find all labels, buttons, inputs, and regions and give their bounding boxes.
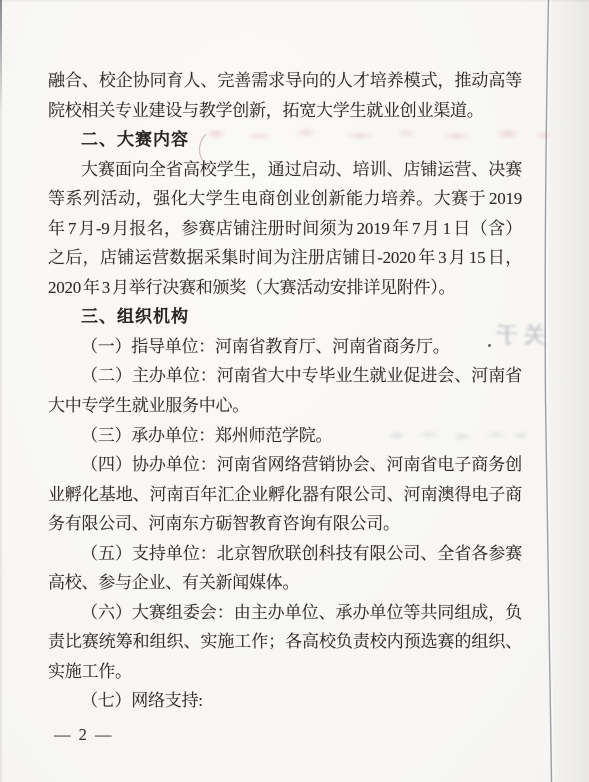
top-edge-shadow [0,0,589,3]
text-line: 大赛面向全省高校学生，通过启动、培训、店铺运营、决赛 [48,155,522,185]
text-line: 之后，店铺运营数据采集时间为注册店铺日-2020 年 3 月 15 日， [48,243,522,273]
text-line: 务有限公司、河南东方砺智教育咨询有限公司。 [48,509,522,539]
section-heading: 二、大赛内容 [48,125,522,155]
scan-right-paper-strip [548,0,589,782]
scanned-page: 关于 融合、校企协同育人、完善需求导向的人才培养模式，推动高等院校相关专业建设与… [0,0,589,782]
text-line: 2020 年 3 月举行决赛和颁奖（大赛活动安排详见附件）。 [48,273,522,303]
text-line: 等系列活动，强化大学生电商创业创新能力培养。大赛于 2019 [48,184,522,214]
text-line: 实施工作。 [48,657,522,687]
text-line: 业孵化基地、河南百年汇企业孵化器有限公司、河南澳得电子商 [48,480,522,510]
text-line: 高校、参与企业、有关新闻媒体。 [48,568,522,598]
text-line: （二）主办单位：河南省大中专毕业生就业促进会、河南省 [48,361,522,391]
text-line: （四）协办单位：河南省网络营销协会、河南省电子商务创 [48,450,522,480]
text-line: （七）网络支持: [48,686,522,716]
left-edge-shadow-top [0,0,2,115]
text-line: 年 7 月-9 月报名，参赛店铺注册时间须为 2019 年 7 月 1 日（含） [48,214,522,244]
text-line: （六）大赛组委会：由主办单位、承办单位等共同组成，负 [48,598,522,628]
document-body: 融合、校企协同育人、完善需求导向的人才培养模式，推动高等院校相关专业建设与教学创… [48,66,522,716]
left-edge-shadow [0,0,3,782]
text-line: 大中专学生就业服务中心。 [48,391,522,421]
section-heading: 三、组织机构 [48,302,522,332]
text-line: 责比赛统筹和组织、实施工作；各高校负责校内预选赛的组织、 [48,627,522,657]
text-line: 融合、校企协同育人、完善需求导向的人才培养模式，推动高等 [48,66,522,96]
text-line: （五）支持单位：北京智欣联创科技有限公司、全省各参赛 [48,539,522,569]
text-line: 院校相关专业建设与教学创新，拓宽大学生就业创业渠道。 [48,96,522,126]
text-line: （三）承办单位：郑州师范学院。 [48,421,522,451]
page-number: — 2 — [54,725,114,745]
text-line: （一）指导单位：河南省教育厅、河南省商务厅。 [48,332,522,362]
